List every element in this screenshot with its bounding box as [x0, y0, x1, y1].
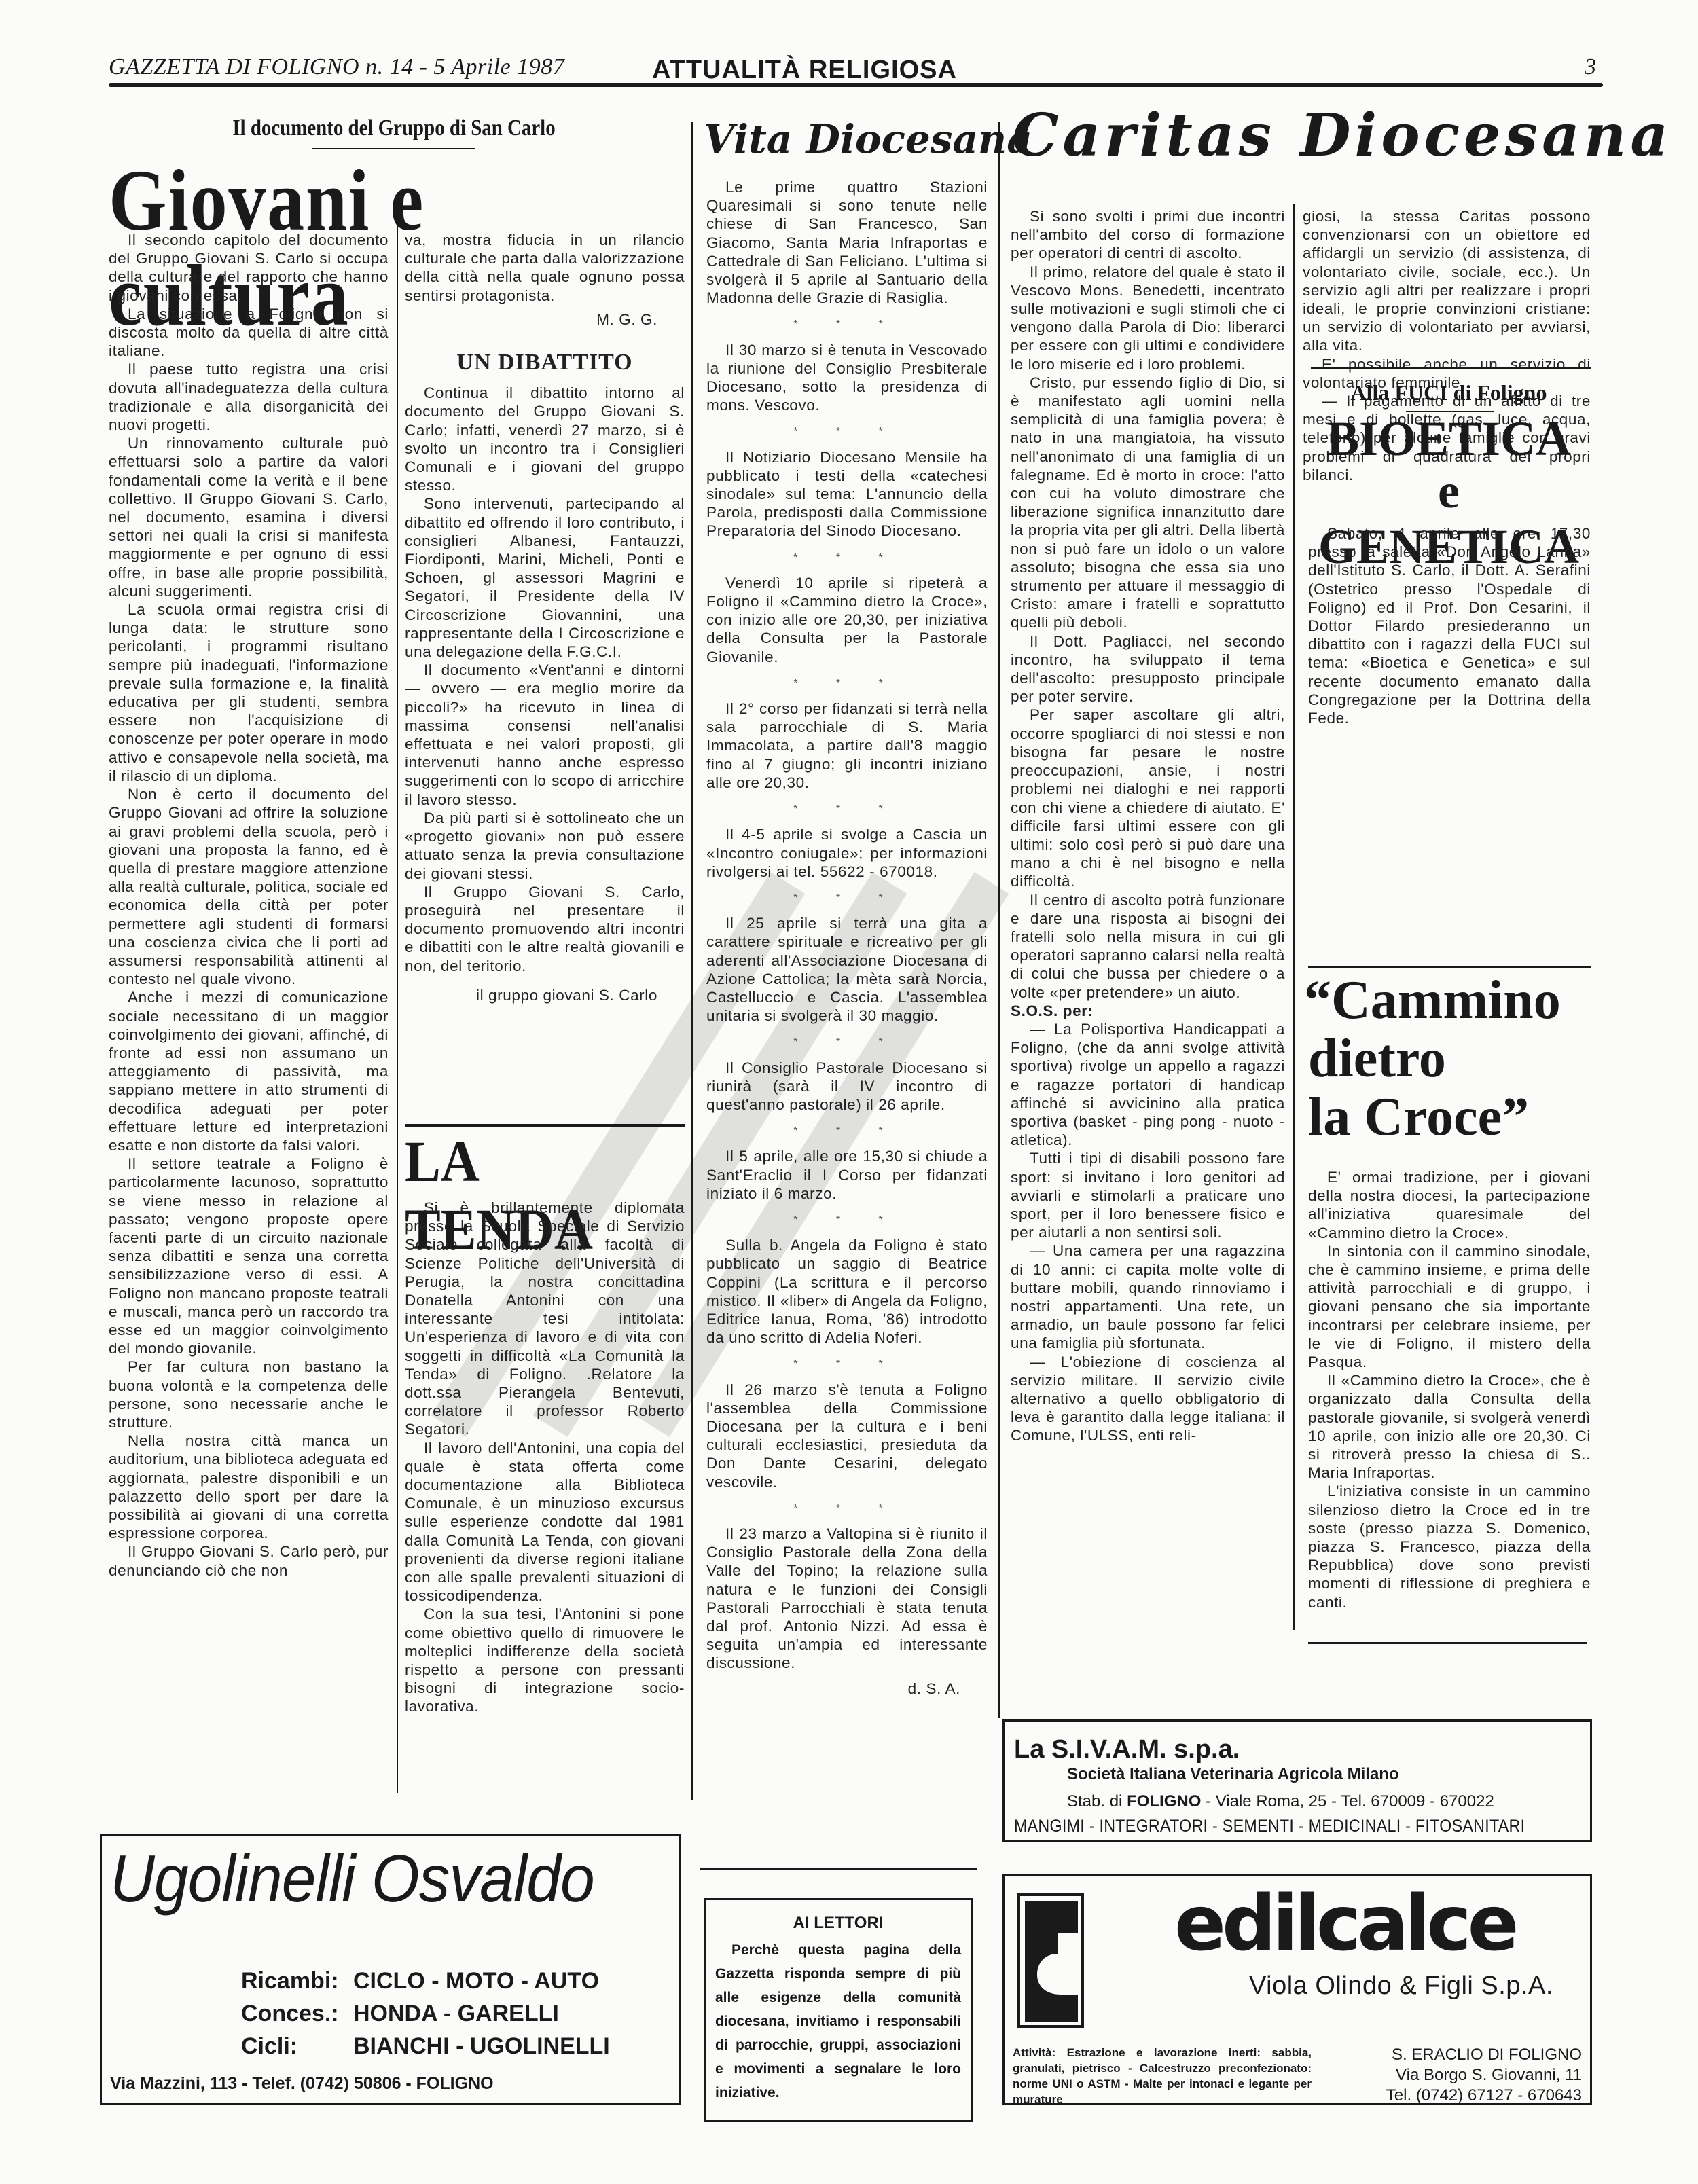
news-item: Il 30 marzo si è tenuta in Vescovado la … [706, 341, 988, 415]
ad-row-value: CICLO - MOTO - AUTO [353, 1965, 599, 1997]
section-rule [1308, 966, 1591, 968]
news-item: Venerdì 10 aprile si ripeterà a Foligno … [706, 574, 988, 666]
masthead-rule [109, 83, 1603, 87]
paragraph: Un rinnovamento culturale può effettuars… [109, 434, 389, 600]
paragraph: La scuola ormai registra crisi di lunga … [109, 600, 389, 785]
ad-sivam: La S.I.V.A.M. s.p.a. Società Italiana Ve… [1002, 1719, 1592, 1842]
separator: * * * [706, 422, 988, 441]
section-rule [1308, 1642, 1587, 1644]
news-item: Il Consiglio Pastorale Diocesano si riun… [706, 1059, 988, 1114]
news-item: Le prime quattro Stazioni Quaresimali si… [706, 178, 988, 307]
edilcalce-brand: edilcalce [1174, 1883, 1515, 1965]
paragraph: Cristo, pur essendo figlio di Dio, si è … [1011, 374, 1285, 632]
column-divider [998, 122, 1000, 1718]
paragraph: Sono intervenuti, partecipando al dibatt… [405, 494, 685, 661]
news-item: Sulla b. Angela da Foligno è stato pubbl… [706, 1236, 988, 1347]
paragraph: Il lavoro dell'Antonini, una copia del q… [405, 1439, 685, 1605]
paragraph: In sintonia con il cammino sinodale, che… [1308, 1242, 1591, 1371]
ad-ugolinelli-rows: Ricambi: CICLO - MOTO - AUTO Conces.: HO… [241, 1965, 610, 2062]
ad-row-label: Ricambi: [241, 1965, 353, 1997]
article-column: va, mostra fiducia in un rilancio cultur… [405, 231, 685, 1004]
paragraph: — La Polisportiva Handicappati a Foligno… [1011, 1020, 1285, 1149]
paragraph: L'iniziativa consiste in un cammino sile… [1308, 1482, 1591, 1611]
ad-row: Conces.: HONDA - GARELLI [241, 1997, 610, 2030]
edilcalce-logo-icon [1017, 1893, 1085, 2028]
ad-row-label: Conces.: [241, 1997, 353, 2030]
paragraph: Il paese tutto registra una crisi dovuta… [109, 360, 389, 434]
ad-sivam-address: Stab. di FOLIGNO - Viale Roma, 25 - Tel.… [1067, 1792, 1494, 1811]
column-divider [691, 122, 693, 1800]
paragraph: Si sono svolti i primi due incontri nell… [1011, 207, 1285, 263]
paragraph: Si è brillantemente diplomata presso la … [405, 1199, 685, 1439]
news-item: Il 23 marzo a Valtopina si è riunito il … [706, 1525, 988, 1673]
section-rule [700, 1868, 977, 1870]
kicker-underline [312, 148, 475, 149]
article-kicker: Il documento del Gruppo di San Carlo [151, 115, 636, 141]
news-item: Il 5 aprile, alle ore 15,30 si chiude a … [706, 1147, 988, 1203]
paragraph: Non è certo il documento del Gruppo Giov… [109, 785, 389, 988]
paragraph: Per far cultura non bastano la buona vol… [109, 1358, 389, 1432]
section-title: ATTUALITÀ RELIGIOSA [652, 56, 957, 85]
author-signature: d. S. A. [706, 1679, 988, 1698]
news-item: Il 26 marzo s'è tenuta a Foligno l'assem… [706, 1381, 988, 1491]
ad-sivam-address-rest: - Viale Roma, 25 - Tel. 670009 - 670022 [1206, 1792, 1494, 1810]
paragraph: Tutti i tipi di disabili possono fare sp… [1011, 1149, 1285, 1241]
paragraph: Il documento «Vent'anni e dintorni — ovv… [405, 661, 685, 809]
paragraph: Il «Cammino dietro la Croce», che è orga… [1308, 1371, 1591, 1482]
news-item: Il Notiziario Diocesano Mensile ha pubbl… [706, 448, 988, 541]
ai-lettori-title: AI LETTORI [715, 1914, 961, 1933]
author-signature: il gruppo giovani S. Carlo [405, 986, 685, 1004]
paragraph: Sabato, 4 aprile alle ore 17,30 presso l… [1308, 524, 1591, 727]
paragraph: — Una camera per una ragazzina di 10 ann… [1011, 1241, 1285, 1352]
ai-lettori-text: Perchè questa pagina della Gazzetta risp… [715, 1938, 961, 2105]
edilcalce-location-city: S. ERACLIO DI FOLIGNO [1386, 2045, 1582, 2065]
ad-ugolinelli: Ugolinelli Osvaldo Ricambi: CICLO - MOTO… [100, 1834, 681, 2105]
separator: * * * [706, 1355, 988, 1373]
ad-sivam-subtitle: Società Italiana Veterinaria Agricola Mi… [1067, 1765, 1399, 1784]
cammino-headline-line1: “Cammino [1304, 971, 1596, 1030]
article-column: Si sono svolti i primi due incontri nell… [1011, 207, 1285, 1445]
column-divider [1293, 204, 1295, 1630]
publication-info: GAZZETTA DI FOLIGNO n. 14 - 5 Aprile 198… [109, 54, 564, 80]
ad-row-value: HONDA - GARELLI [353, 1997, 559, 2030]
paragraph: Da più parti si è sottolineato che un «p… [405, 809, 685, 883]
paragraph: La situazione a Foligno non si discosta … [109, 305, 389, 361]
bioetica-headline-line1: BIOETICA [1303, 411, 1595, 467]
article-column: Il secondo capitolo del documento del Gr… [109, 231, 389, 1580]
paragraph: giosi, la stessa Caritas possono convenz… [1303, 207, 1591, 355]
paragraph: — L'obiezione di coscienza al servizio m… [1011, 1353, 1285, 1445]
paragraph: Il secondo capitolo del documento del Gr… [109, 231, 389, 305]
separator: * * * [706, 549, 988, 567]
ad-row: Ricambi: CICLO - MOTO - AUTO [241, 1965, 610, 1997]
paragraph: Con la sua tesi, l'Antonini si pone come… [405, 1605, 685, 1715]
news-item: Il 4-5 aprile si svolge a Cascia un «Inc… [706, 825, 988, 881]
paragraph: Il primo, relatore del quale è stato il … [1011, 263, 1285, 374]
edilcalce-location: S. ERACLIO DI FOLIGNO Via Borgo S. Giova… [1386, 2045, 1582, 2106]
separator: * * * [706, 315, 988, 333]
ad-row-value: BIANCHI - UGOLINELLI [353, 2030, 610, 2062]
article-column: Sabato, 4 aprile alle ore 17,30 presso l… [1308, 524, 1591, 727]
separator: * * * [706, 889, 988, 907]
ad-sivam-address-prefix: Stab. di [1067, 1792, 1122, 1810]
separator: * * * [706, 1499, 988, 1518]
ad-sivam-name: La S.I.V.A.M. s.p.a. [1014, 1735, 1240, 1764]
separator: * * * [706, 800, 988, 818]
ai-lettori-box: AI LETTORI Perchè questa pagina della Ga… [704, 1898, 973, 2122]
ad-sivam-address-city: FOLIGNO [1127, 1792, 1201, 1810]
bioetica-kicker: Alla FUCI di Foligno [1303, 380, 1595, 405]
paragraph: Il centro di ascolto potrà funzionare e … [1011, 891, 1285, 1002]
paragraph: Il settore teatrale a Foligno è particol… [109, 1154, 389, 1358]
paragraph: Il Gruppo Giovani S. Carlo però, pur den… [109, 1542, 389, 1579]
section-rule [405, 1124, 685, 1127]
ad-ugolinelli-name: Ugolinelli Osvaldo [110, 1841, 594, 1916]
news-item: Il 25 aprile si terrà una gita a caratte… [706, 914, 988, 1025]
separator: * * * [706, 1033, 988, 1051]
edilcalce-location-street: Via Borgo S. Giovanni, 11 [1386, 2065, 1582, 2086]
paragraph: Continua il dibattito intorno al documen… [405, 384, 685, 494]
article-column: E' ormai tradizione, per i giovani della… [1308, 1168, 1591, 1612]
separator: * * * [706, 674, 988, 693]
sos-label: S.O.S. per: [1011, 1002, 1285, 1020]
paragraph: Il Dott. Pagliacci, nel secondo incontro… [1011, 632, 1285, 706]
ad-row-label: Cicli: [241, 2030, 353, 2062]
column-divider [397, 224, 398, 1793]
edilcalce-activities: Attività: Estrazione e lavorazione inert… [1013, 2045, 1312, 2107]
edilcalce-company: Viola Olindo & Figli S.p.A. [1249, 1971, 1553, 2001]
cammino-headline-line2: dietro [1308, 1030, 1600, 1088]
news-column: Le prime quattro Stazioni Quaresimali si… [706, 178, 988, 1698]
paragraph: E' ormai tradizione, per i giovani della… [1308, 1168, 1591, 1242]
page-number: 3 [1585, 54, 1596, 80]
paragraph: Il Gruppo Giovani S. Carlo, proseguirà n… [405, 883, 685, 975]
author-signature: M. G. G. [405, 310, 685, 329]
section-rule [1311, 367, 1591, 369]
separator: * * * [706, 1211, 988, 1229]
caritas-title: Caritas Diocesana [1012, 98, 1603, 173]
paragraph: Anche i mezzi di comunicazione sociale n… [109, 988, 389, 1154]
article-column: Si è brillantemente diplomata presso la … [405, 1199, 685, 1716]
separator: * * * [706, 1122, 988, 1140]
edilcalce-location-phone: Tel. (0742) 67127 - 670643 [1386, 2086, 1582, 2106]
dibattito-title: UN DIBATTITO [405, 353, 685, 371]
ad-edilcalce: edilcalce Viola Olindo & Figli S.p.A. At… [1002, 1874, 1592, 2105]
cammino-headline-line3: la Croce” [1308, 1088, 1600, 1146]
news-item: Il 2° corso per fidanzati si terrà nella… [706, 699, 988, 792]
paragraph: Per saper ascoltare gli altri, occorre s… [1011, 706, 1285, 890]
ad-ugolinelli-address: Via Mazzini, 113 - Telef. (0742) 50806 -… [110, 2074, 494, 2094]
vita-diocesana-title: Vita Diocesana [704, 112, 996, 166]
ad-sivam-products: MANGIMI - INTEGRATORI - SEMENTI - MEDICI… [1014, 1817, 1525, 1836]
ad-row: Cicli: BIANCHI - UGOLINELLI [241, 2030, 610, 2062]
paragraph: va, mostra fiducia in un rilancio cultur… [405, 231, 685, 305]
paragraph: Nella nostra città manca un auditorium, … [109, 1432, 389, 1542]
